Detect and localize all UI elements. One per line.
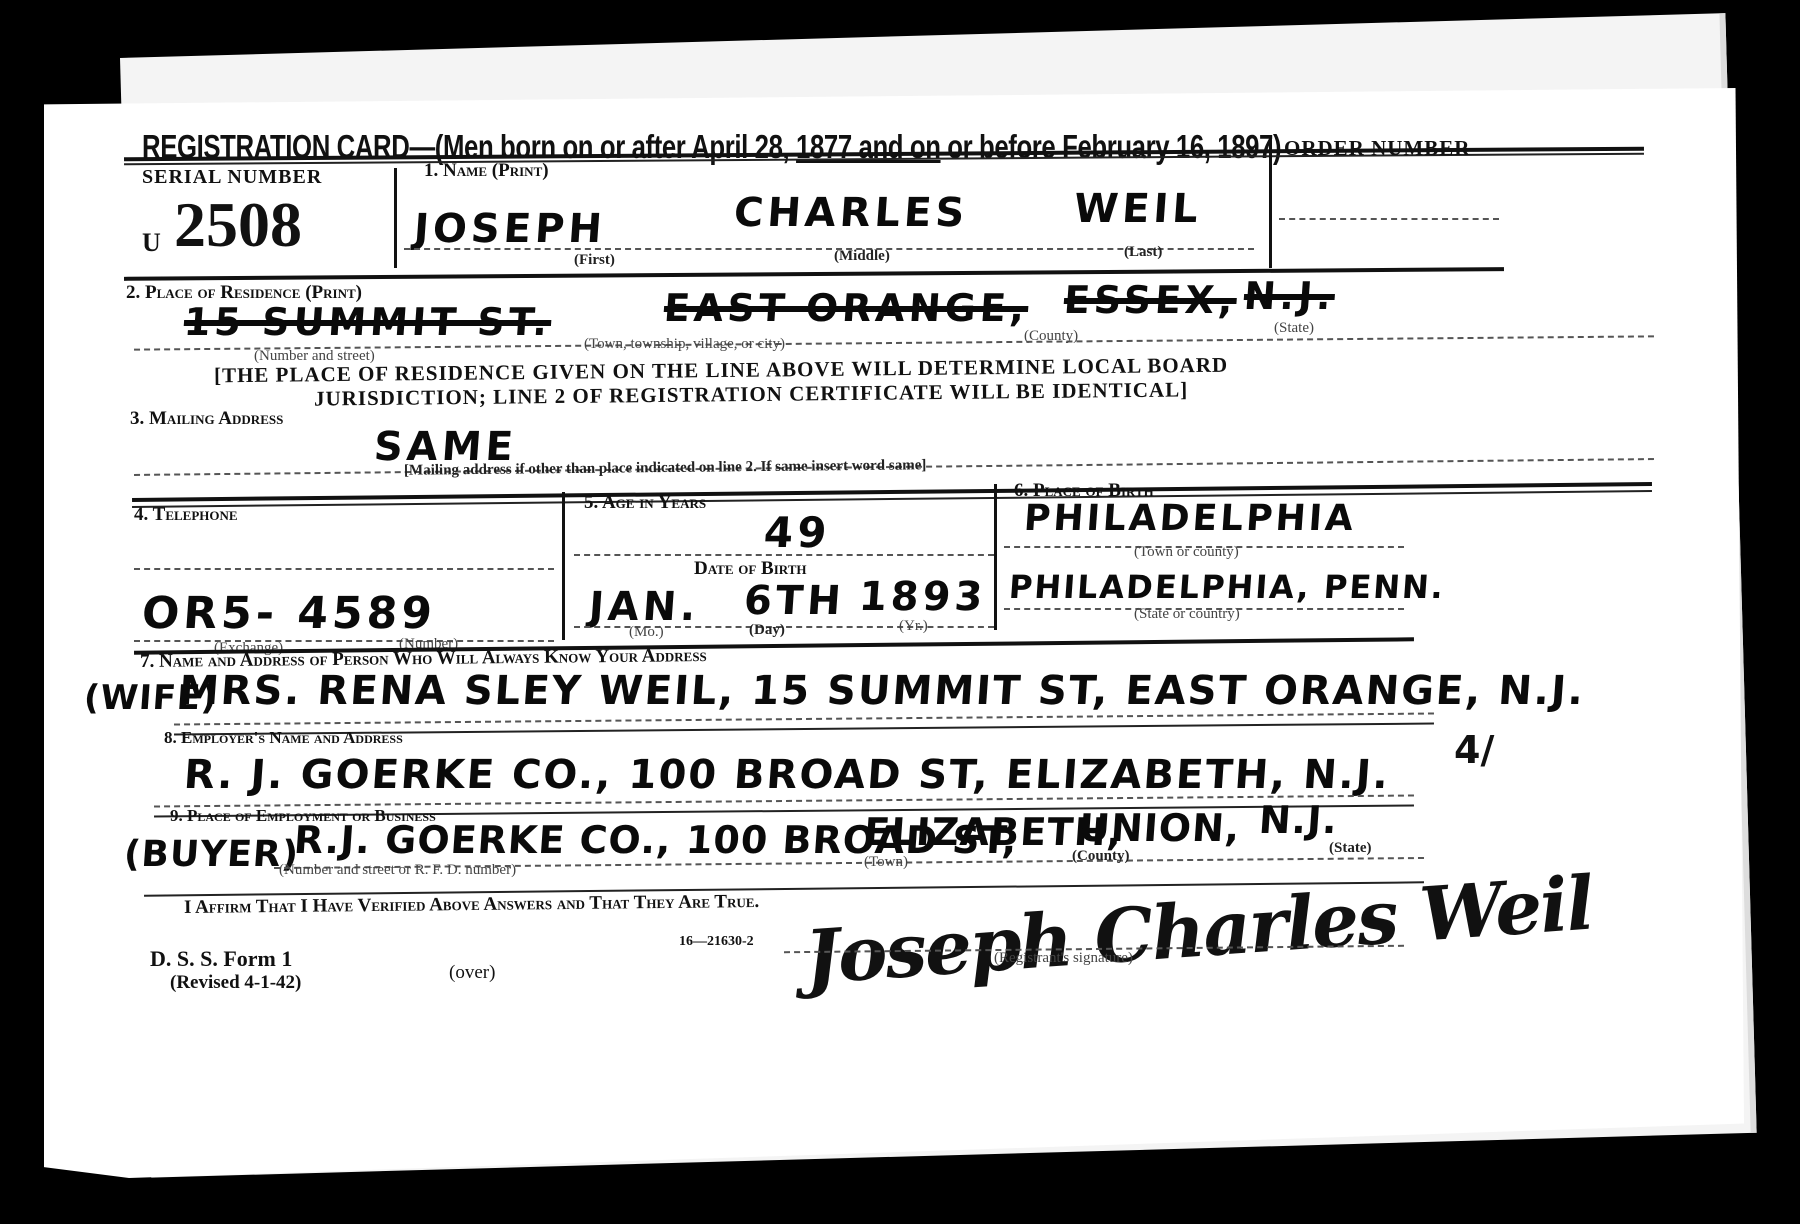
name-middle-caption: (Middle) bbox=[834, 248, 890, 265]
order-number-line bbox=[1279, 218, 1499, 220]
serial-prefix: U bbox=[142, 228, 161, 258]
residence-number-street: 15 SUMMIT ST. bbox=[182, 300, 552, 344]
dob-label: Date of Birth bbox=[694, 558, 807, 580]
serial-divider bbox=[394, 168, 397, 268]
employment-county-caption: (County) bbox=[1072, 848, 1130, 865]
age-line bbox=[574, 554, 994, 556]
mailing-label: 3. Mailing Address bbox=[130, 408, 283, 430]
affirmation-text: I Affirm That I Have Verified Above Answ… bbox=[184, 891, 759, 919]
birthplace-town-caption: (Town or county) bbox=[1134, 544, 1239, 561]
contact-value: MRS. RENA SLEY WEIL, 15 SUMMIT ST, EAST … bbox=[177, 668, 1586, 714]
residence-county-caption: (County) bbox=[1024, 328, 1078, 345]
age-value: 49 bbox=[762, 508, 832, 557]
residence-town: EAST ORANGE, bbox=[662, 286, 1029, 330]
dob-day-caption: (Day) bbox=[749, 622, 785, 639]
telephone-line-top bbox=[134, 568, 554, 570]
employment-street-caption: (Number and street or R. F. D. number) bbox=[279, 862, 516, 879]
order-number-label: ORDER NUMBER bbox=[1284, 136, 1470, 161]
telephone-divider bbox=[562, 492, 565, 640]
name-first: JOSEPH bbox=[412, 206, 607, 252]
employment-town-caption: (Town) bbox=[864, 854, 908, 871]
name-last: WEIL bbox=[1072, 186, 1203, 232]
registration-card: REGISTRATION CARD—(Men born on or after … bbox=[44, 88, 1744, 1178]
employment-county: UNION, bbox=[1077, 806, 1241, 850]
birthplace-state: PHILADELPHIA, PENN. bbox=[1008, 568, 1447, 606]
telephone-line bbox=[134, 640, 554, 642]
age-label: 5. Age in Years bbox=[584, 492, 706, 514]
name-label: 1. Name (Print) bbox=[424, 160, 549, 182]
birthplace-state-caption: (State or country) bbox=[1134, 606, 1240, 623]
dob-year-caption: (Yr.) bbox=[899, 618, 928, 635]
employer-label: 8. Employer's Name and Address bbox=[164, 728, 403, 748]
order-divider bbox=[1269, 138, 1272, 268]
name-middle: CHARLES bbox=[732, 190, 969, 236]
dob-day: 6TH bbox=[742, 578, 846, 624]
dob-month-caption: (Mo.) bbox=[629, 624, 664, 641]
serial-label: SERIAL NUMBER bbox=[142, 166, 322, 189]
over-label: (over) bbox=[449, 962, 495, 984]
registrant-signature: Joseph Charles Weil bbox=[802, 861, 1595, 1002]
dob-year: 1893 bbox=[857, 574, 988, 620]
name-last-caption: (Last) bbox=[1124, 244, 1162, 261]
serial-number: 2508 bbox=[174, 188, 302, 262]
name-first-caption: (First) bbox=[574, 252, 615, 269]
form-revised: (Revised 4-1-42) bbox=[170, 972, 301, 994]
residence-town-caption: (Town, township, village, or city) bbox=[584, 336, 785, 353]
telephone-label: 4. Telephone bbox=[134, 504, 238, 526]
birthplace-town: PHILADELPHIA bbox=[1023, 498, 1358, 539]
telephone-value: OR5- 4589 bbox=[140, 588, 438, 639]
residence-state-caption: (State) bbox=[1274, 320, 1314, 337]
employment-state-caption: (State) bbox=[1329, 840, 1371, 857]
side-mark: 4/ bbox=[1454, 728, 1494, 772]
signature-caption: (Registrant's signature) bbox=[994, 950, 1133, 967]
form-name: D. S. S. Form 1 bbox=[150, 946, 292, 972]
residence-county: ESSEX, bbox=[1062, 278, 1238, 322]
age-divider bbox=[994, 484, 997, 630]
employer-value: R. J. GOERKE CO., 100 BROAD ST, ELIZABET… bbox=[182, 752, 1391, 798]
print-code: 16—21630-2 bbox=[679, 934, 754, 950]
employment-state: N.J. bbox=[1257, 798, 1339, 842]
residence-state: N.J. bbox=[1242, 274, 1336, 318]
